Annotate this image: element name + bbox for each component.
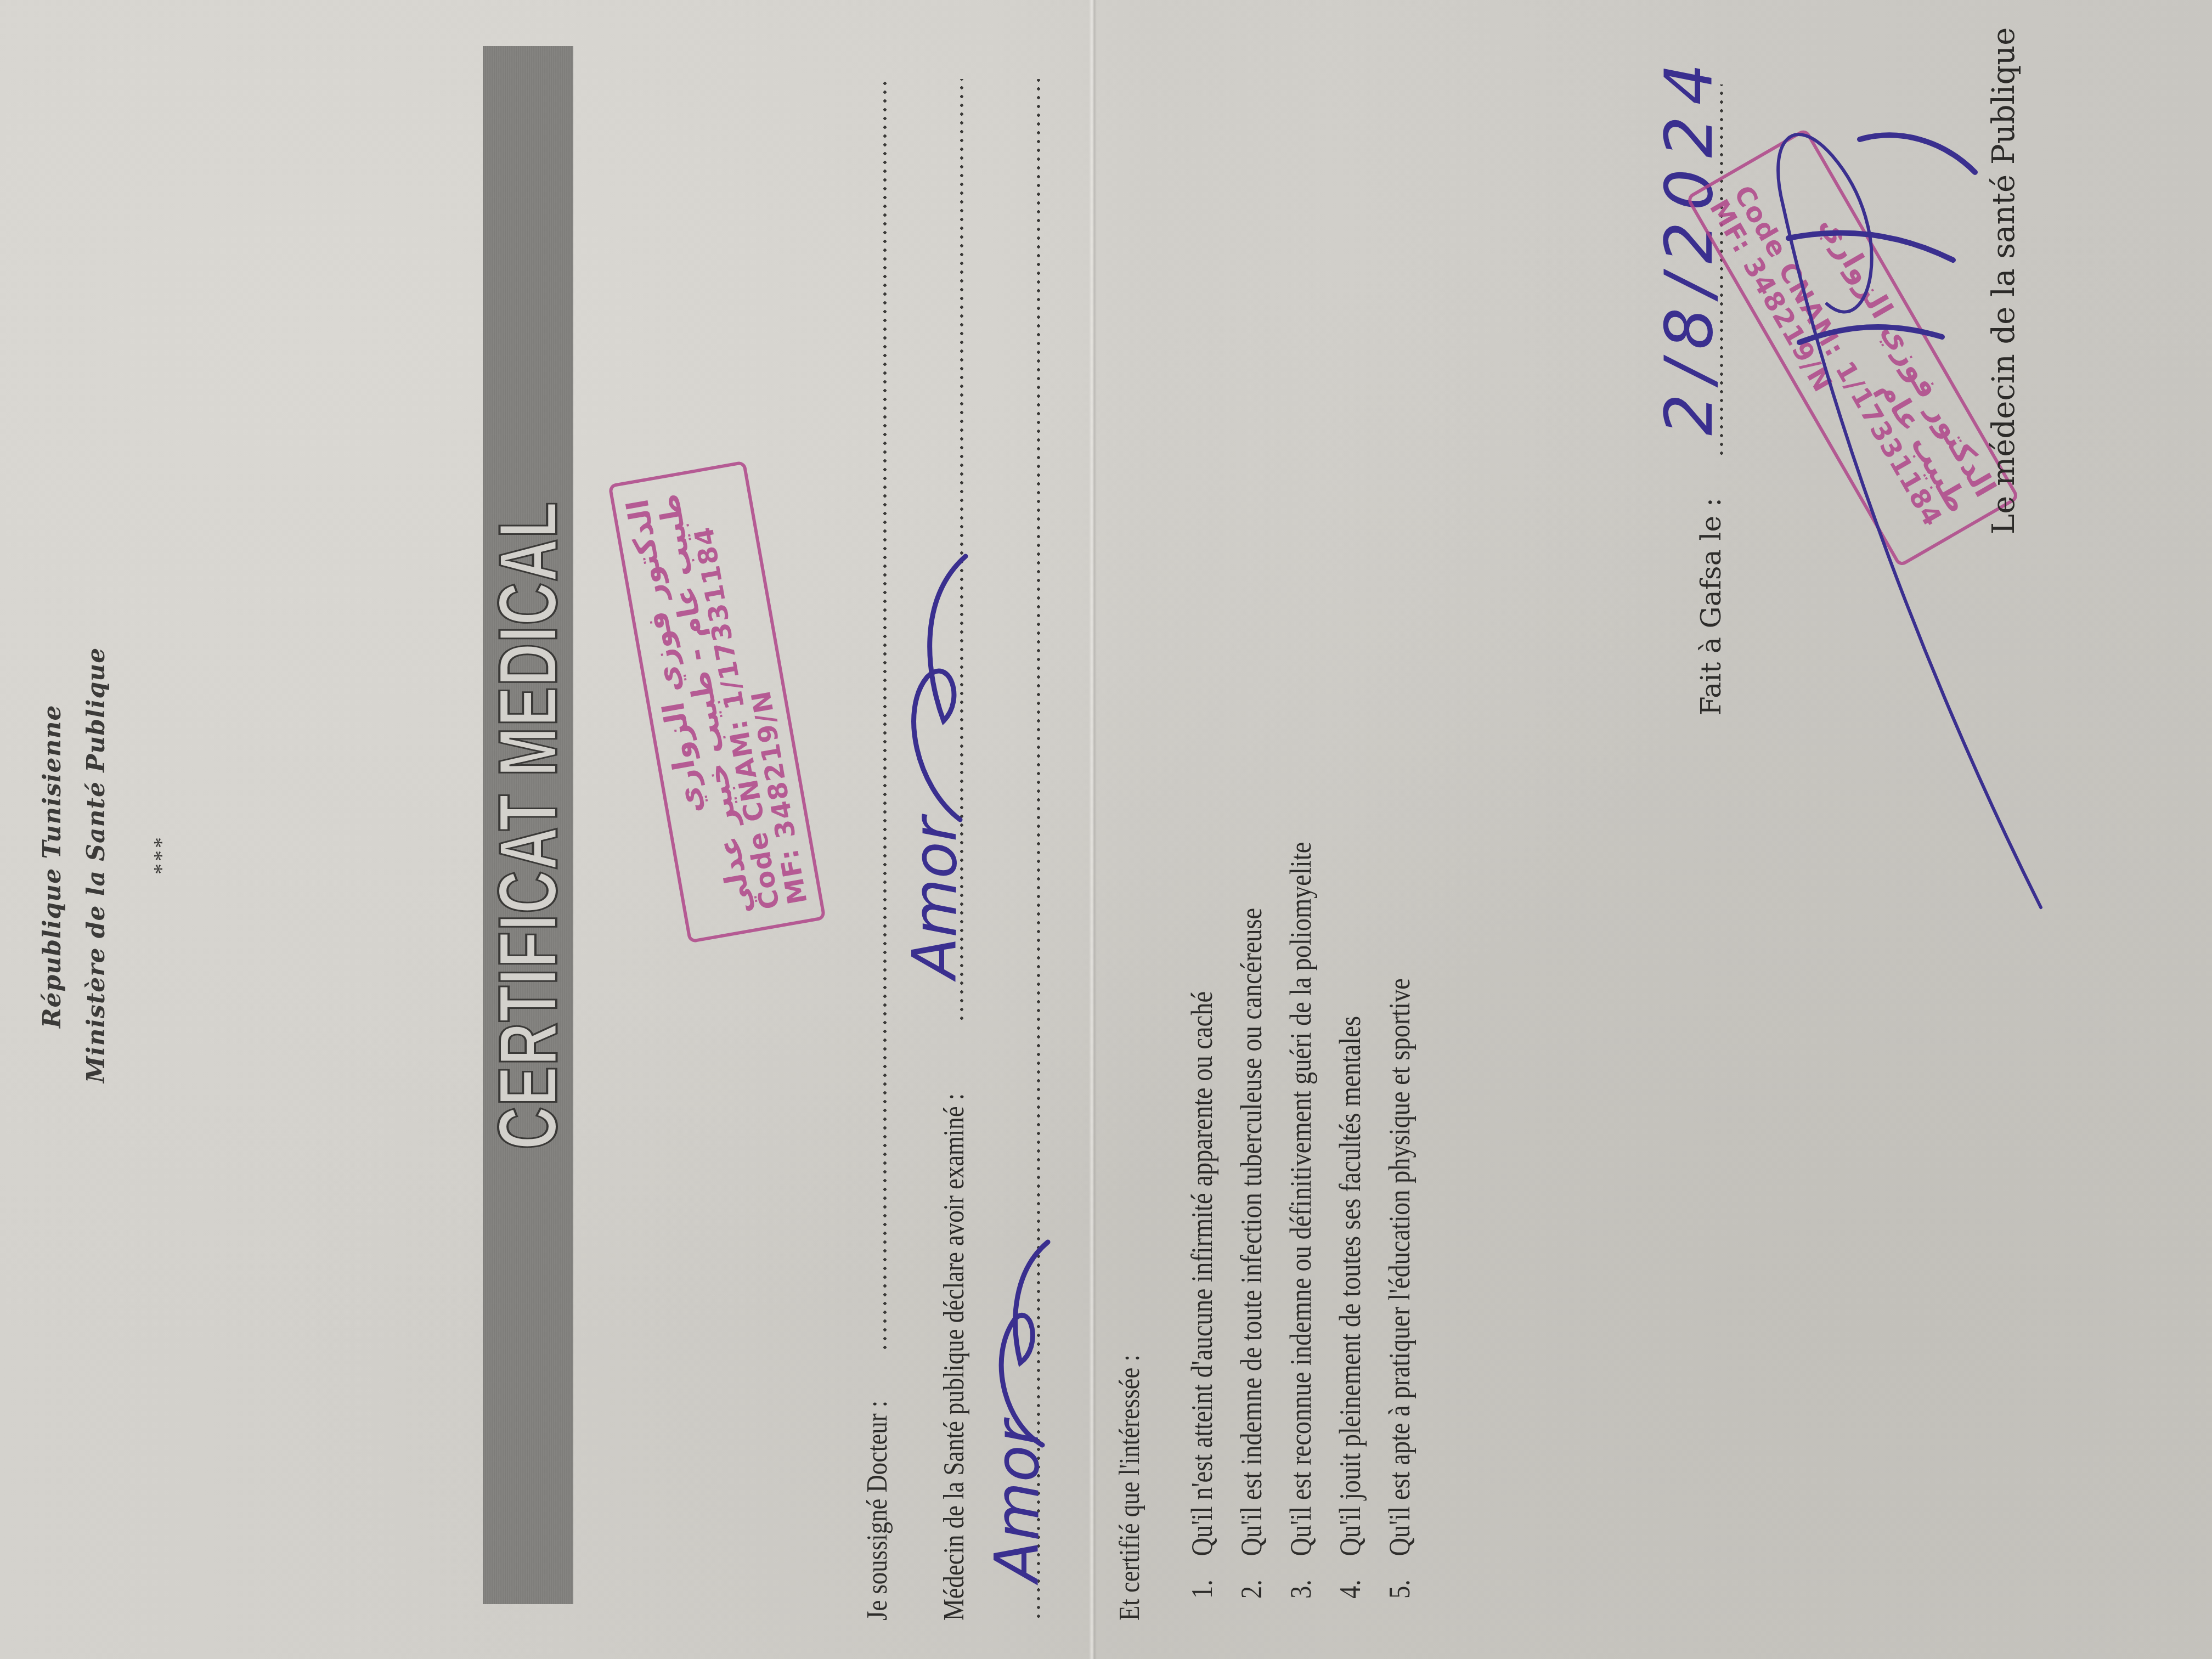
certificate-page: République Tunisienne Ministère de la Sa… (0, 0, 2212, 1659)
place-date-label: Fait à Gafsa le : (1695, 498, 1727, 715)
header-republic: République Tunisienne (38, 705, 66, 1028)
condition-item-2: 2.Qu'il est indemne de toute infection t… (1234, 908, 1268, 1599)
header-ministry: Ministère de la Santé Publique (82, 647, 110, 1083)
handwritten-flourish-1 (894, 545, 982, 820)
doctor-label: Je soussigné Docteur : (861, 1401, 894, 1621)
condition-item-5: 5.Qu'il est apte à pratiquer l'éducation… (1383, 978, 1417, 1599)
condition-item-4: 4.Qu'il jouit pleinement de toutes ses f… (1333, 1016, 1367, 1599)
signature-label: Le médecin de la santé Publique (1986, 27, 2022, 535)
condition-item-1: 1.Qu'il n'est atteint d'aucune infirmité… (1185, 991, 1219, 1599)
handwritten-flourish-2 (982, 1237, 1059, 1445)
examined-name-handwritten: Amor (900, 817, 970, 979)
certifies-label: Et certifié que l'intéressée : (1114, 1355, 1146, 1621)
page-title: CERTIFICAT MEDICAL (481, 501, 575, 1149)
header-separator: *** (148, 835, 174, 874)
title-banner: CERTIFICAT MEDICAL (483, 46, 573, 1604)
doctor-name-dotted-line (883, 79, 887, 1352)
doctor-stamp-top: الدكتور فوزي الزواري طبيب عام - طبيب خبي… (608, 460, 826, 943)
condition-item-3: 3.Qu'il est reconnue indemne ou définiti… (1284, 842, 1318, 1599)
examined-label: Médecin de la Santé publique déclare avo… (938, 1093, 970, 1621)
